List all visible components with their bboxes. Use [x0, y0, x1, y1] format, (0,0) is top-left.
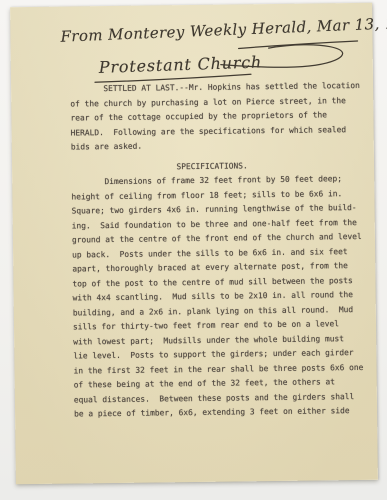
paragraph-specifications: Dimensions of frame 32 feet front by 50 …: [71, 172, 356, 422]
handwritten-title-annotation: Protestant Church: [99, 52, 263, 76]
handwritten-source-annotation: From Monterey Weekly Herald, Mar 13, 187…: [60, 13, 387, 46]
paragraph-settled-at-last: SETTLED AT LAST.--Mr. Hopkins has settle…: [70, 79, 353, 155]
typed-body: SETTLED AT LAST.--Mr. Hopkins has settle…: [70, 79, 356, 422]
document-page: From Monterey Weekly Herald, Mar 13, 187…: [10, 3, 378, 484]
typed-line: be a piece of timber, 6x6, extending 3 f…: [74, 404, 356, 422]
date-underline-stroke: [239, 41, 358, 48]
typed-line: bids are asked.: [71, 137, 353, 155]
